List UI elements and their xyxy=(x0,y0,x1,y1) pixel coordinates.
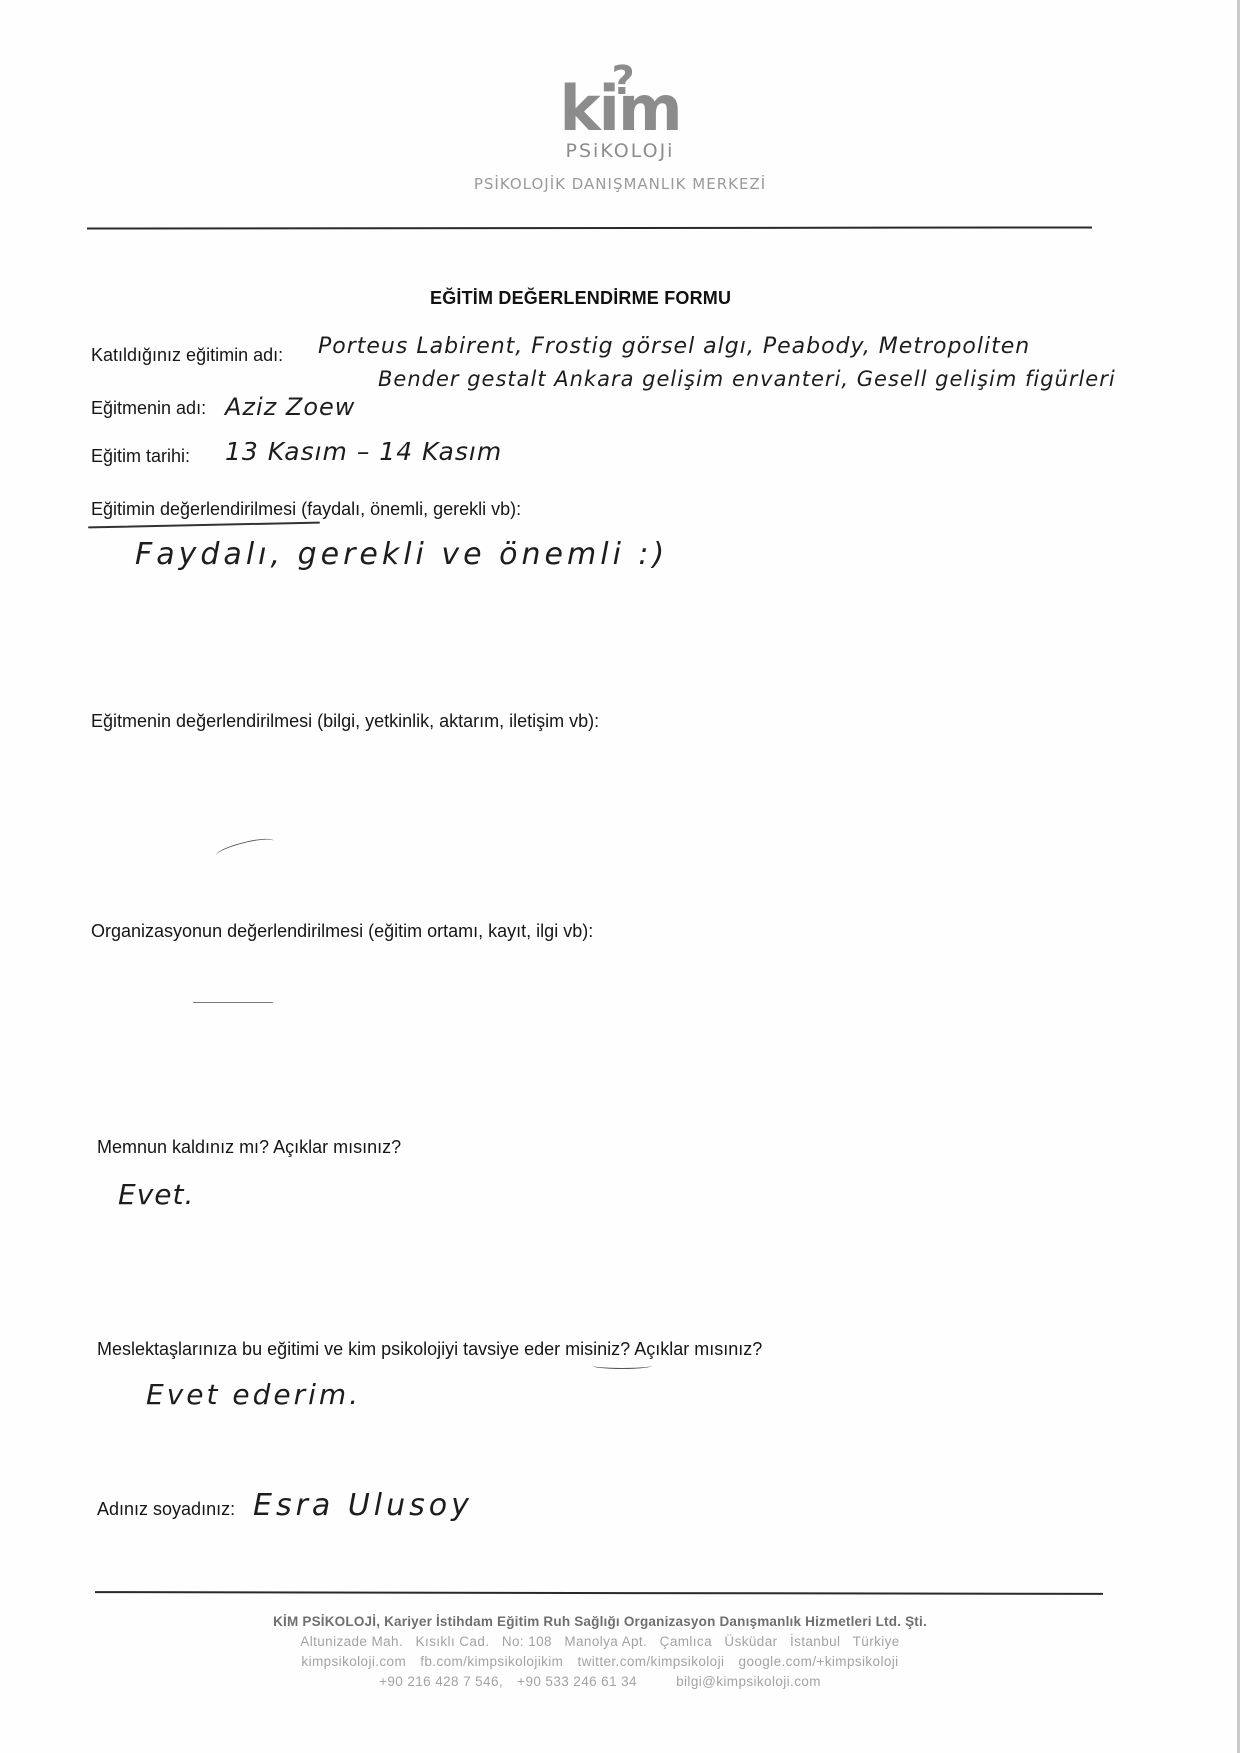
organization-evaluation-label: Organizasyonun değerlendirilmesi (eğitim… xyxy=(91,921,593,942)
footer-link-facebook[interactable]: fb.com/kimpsikolojikim xyxy=(420,1654,563,1669)
footer-email[interactable]: bilgi@kimpsikoloji.com xyxy=(676,1674,821,1689)
trainer-evaluation-answer[interactable] xyxy=(130,750,730,780)
training-evaluation-label: Eğitimin değerlendirilmesi (faydalı, öne… xyxy=(91,499,521,520)
center-subtitle: PSİKOLOJİK DANIŞMANLIK MERKEZİ xyxy=(380,175,860,193)
question-mark-icon: ? xyxy=(611,50,632,112)
footer-address: Altunizade Mah. Kısıklı Cad. No: 108 Man… xyxy=(90,1632,1110,1652)
training-date-label: Eğitim tarihi: xyxy=(91,446,190,467)
footer-contact: +90 216 428 7 546, +90 533 246 61 34 bil… xyxy=(90,1672,1110,1692)
recommendation-answer[interactable]: Evet ederim. xyxy=(146,1378,361,1411)
stray-pen-mark xyxy=(193,1002,273,1003)
footer-phone-2: +90 533 246 61 34 xyxy=(517,1674,637,1689)
satisfaction-answer[interactable]: Evet. xyxy=(118,1178,194,1211)
scanned-form-page: kim ? PSiKOLOJi PSİKOLOJİK DANIŞMANLIK M… xyxy=(0,0,1240,1753)
pen-underline-mark xyxy=(592,1362,652,1369)
trainer-name-answer[interactable]: Aziz Zoew xyxy=(225,393,355,421)
footer-links: kimpsikoloji.com fb.com/kimpsikolojikim … xyxy=(90,1652,1110,1672)
footer-link-twitter[interactable]: twitter.com/kimpsikoloji xyxy=(577,1654,724,1669)
full-name-answer[interactable]: Esra Ulusoy xyxy=(253,1488,473,1523)
training-name-answer-line1[interactable]: Porteus Labirent, Frostig görsel algı, P… xyxy=(318,334,1030,359)
footer-phone-1: +90 216 428 7 546, xyxy=(379,1674,503,1689)
header-divider xyxy=(87,226,1092,229)
footer-company-name: KİM PSİKOLOJİ, Kariyer İstihdam Eğitim R… xyxy=(90,1612,1110,1632)
form-title: EĞİTİM DEĞERLENDİRME FORMU xyxy=(430,288,731,309)
recommendation-label: Meslektaşlarınıza bu eğitimi ve kim psik… xyxy=(97,1339,762,1360)
footer-link-website[interactable]: kimpsikoloji.com xyxy=(301,1654,406,1669)
organization-evaluation-answer[interactable] xyxy=(130,960,730,990)
pen-underline-mark xyxy=(88,522,320,528)
footer-link-google[interactable]: google.com/+kimpsikoloji xyxy=(739,1654,899,1669)
stray-pen-mark xyxy=(214,835,275,862)
full-name-label: Adınız soyadınız: xyxy=(97,1499,235,1520)
kim-psikoloji-logo: kim ? PSiKOLOJi xyxy=(520,78,720,162)
trainer-name-label: Eğitmenin adı: xyxy=(91,398,206,419)
training-name-label: Katıldığınız eğitimin adı: xyxy=(91,345,283,366)
footer: KİM PSİKOLOJİ, Kariyer İstihdam Eğitim R… xyxy=(90,1612,1110,1692)
training-date-answer[interactable]: 13 Kasım – 14 Kasım xyxy=(225,437,502,466)
training-evaluation-answer[interactable]: Faydalı, gerekli ve önemli :) xyxy=(135,537,668,572)
trainer-evaluation-label: Eğitmenin değerlendirilmesi (bilgi, yetk… xyxy=(91,711,599,732)
training-name-answer-line2[interactable]: Bender gestalt Ankara gelişim envanteri,… xyxy=(378,367,1116,391)
footer-divider xyxy=(95,1591,1103,1595)
logo-wordmark: kim ? xyxy=(559,78,680,140)
satisfaction-label: Memnun kaldınız mı? Açıklar mısınız? xyxy=(97,1137,401,1158)
